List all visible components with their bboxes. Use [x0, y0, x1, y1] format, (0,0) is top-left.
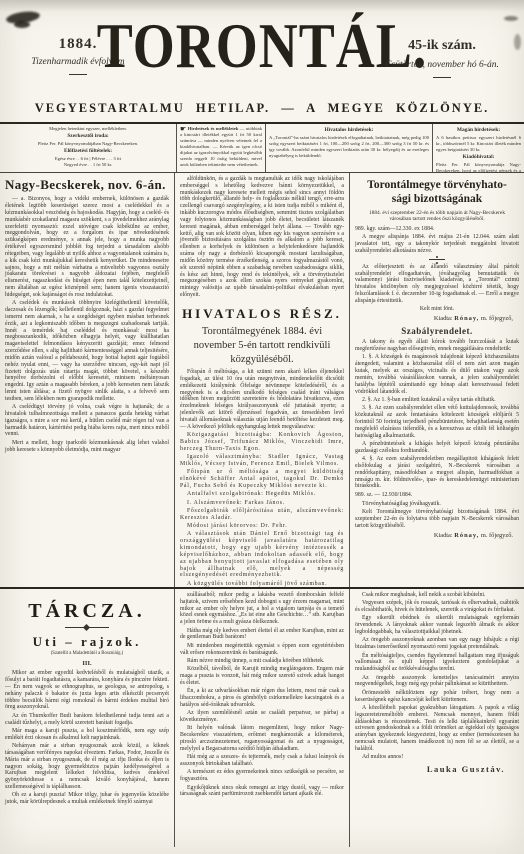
paragraph: A cselédügyi törvény jó volna, csak végr… [5, 404, 169, 438]
paragraph: Az ilyen szemlélésnél aztán se családi p… [180, 710, 344, 724]
office-label: Szerkesztői iroda: [3, 133, 173, 140]
regulation-body: A takony és egyéb állati kórok tovább hu… [355, 339, 519, 490]
paragraph: Módosi járási körorvos: Dr. Fehr. [180, 523, 344, 530]
main-section: Nagy-Becskerek, nov. 6-án. — a. Bizonyos… [0, 173, 524, 587]
paragraph: A közgyülés további folyamáról jövő szám… [180, 581, 344, 587]
signature-prefix: Kiadta: [434, 532, 454, 539]
issue-number: 45-ik szám. [366, 38, 518, 54]
case-reference-2: 989. sz. — 12.930/1884. [355, 492, 519, 499]
publisher-text: Pleitz Fer. Pál könyvnyomdája Nagy-Becsk… [436, 162, 521, 172]
signature-suffix: m. főjegyző. [479, 532, 513, 539]
header-right-block: 45-ik szám. Csütörtök, november hó 6-án. [366, 38, 518, 78]
official-ads-label: Hivatalos hirdetések: [269, 127, 429, 134]
official-ads-text: A „Torontál"-ba szánt hivatalos hirdetés… [269, 135, 429, 158]
kelt-line-2: Kelt Torontálmegye törvényhatósági bizot… [355, 509, 519, 529]
author-signature: Lauka Gusztáv. [355, 764, 505, 774]
feuilleton-article-title: Uti – rajzok. [5, 634, 169, 649]
committee-column: Torontálmegye törvényhato- sági bizottsá… [349, 173, 524, 587]
paragraph: A cselédek és munkások többnyire kielégi… [5, 300, 169, 402]
paragraph: Én méltóságteljes, csendes figyelemmel h… [355, 653, 519, 673]
feuilleton-column-2: szállásaiból; mikor pedig a lakásba veze… [174, 589, 349, 847]
regulation-heading: Szabályrendelet. [355, 326, 519, 337]
committee-heading: Torontálmegye törvényhato- sági bizottsá… [355, 178, 519, 207]
masthead-ads-cell: ☛ Hirdetések és mellékletek — utóbbiak a… [176, 124, 265, 172]
paragraph: Mert a mellett, hogy iparkodó kézmunkásn… [5, 440, 169, 454]
signature-prefix: Kiadta: [434, 315, 454, 322]
paragraph: A megye alispánja 1884. évi május 21-én … [355, 234, 519, 254]
signature-suffix: m. főjegyző, [479, 315, 513, 322]
paragraph: Közelből, távolból, de Karujit mindig me… [180, 666, 344, 686]
feuilleton-article-caption: (Szatellit a Maladettától a Boszniáig.) [5, 651, 169, 657]
paragraph: Hát még az a szeszes- és tejtermék, mely… [180, 754, 344, 768]
lead-article-body: — a. Bizonyos, hogy a vidéki embernek, k… [5, 196, 169, 453]
paragraph: Az öregebb asszonyok kenetteljes tanácsa… [355, 675, 519, 689]
signature-name: Rónay, [454, 315, 479, 322]
paragraph: Oh ez a karuji puszta! Mikor tölgy, juha… [5, 792, 169, 806]
paragraph: Egy sikerült ebédnek és sikerült mulatsá… [355, 615, 519, 635]
lead-article-continuation: alföldünkön, és a gazdák is megtanulták … [180, 176, 344, 299]
masthead-official-ads-cell: Hivatalos hirdetések: A „Torontál"-ba sz… [265, 124, 432, 172]
subscription-line2: Negyed évre . . 1 frt 50 kr. [3, 162, 173, 168]
office-text: Pleitz Fer. Pál könyvnyomdájában Nagy-Be… [3, 141, 173, 147]
paragraph: alföldünkön, és a gazdák is megtanulták … [180, 176, 344, 299]
feuilleton-title: TÁRCZA. [5, 600, 169, 624]
newspaper-subtitle: VEGYESTARTALMU HETILAP. — A MEGYE KÖZLÖN… [0, 101, 524, 116]
kelt-line: Kelt mint fönt. [355, 306, 519, 313]
feuilleton-body-1: Mikor az ember egyedül kedvtelésből és m… [5, 670, 169, 806]
lead-article-column: Nagy-Becskerek, nov. 6-án. — a. Bizonyos… [0, 173, 174, 587]
ornament-divider [65, 627, 109, 628]
paragraph: A közellétbeli papokat gyakrabban látoga… [355, 705, 519, 753]
feuilleton-column-3: Csak mikor meghalnak, kell nekik a szobá… [349, 589, 524, 847]
paragraph: Én, a ki az udvarlásokban már régen dus … [180, 688, 344, 708]
paragraph: Mi mindenben megértettük egymást s éppen… [180, 643, 344, 657]
paragraph: Hátha még oly kedves emberi élettel él a… [180, 628, 344, 642]
paragraph: Főispán ő méltósága, a kit szünni nem ak… [180, 369, 344, 430]
paragraph: Itt helyén valónak látom megemliteni, ho… [180, 725, 344, 752]
assembly-article-body: Főispán ő méltósága, a kit szünni nem ak… [180, 369, 344, 430]
paragraph: A választások után Dániel Ernő bizottság… [180, 531, 344, 579]
paragraph: A pénzbüntetések a kihágás helyét képező… [355, 441, 519, 455]
paragraph: Az előterjesztett és az állandó választm… [355, 264, 519, 305]
paragraph: I. Alszámvevőnek: Farkas János. [180, 500, 344, 507]
appears-note: Megjelen hetenkint egyszer, mellékletben… [3, 126, 173, 132]
feuilleton-section: TÁRCZA. Uti – rajzok. (Szatellit a Malad… [0, 589, 524, 847]
paragraph: Mikor az ember egyedül kedvtelésből és m… [5, 670, 169, 711]
publisher-label: Kiadóhivatal: [436, 154, 521, 161]
paragraph: 2. §. Az 1. §-ban emlitett kutaknál a vá… [355, 397, 519, 404]
feuilleton-body-3: Csak mikor meghalnak, kell nekik a szobá… [355, 592, 519, 761]
paragraph: Egyikőjüknek sincs okuk remegni az irigy… [180, 785, 344, 799]
section-divider-ornament [429, 259, 445, 260]
committee-heading-line2: sági bizottságának [392, 193, 482, 205]
feuilleton-body-2: szállásaiból; mikor pedig a lakásba veze… [180, 592, 344, 798]
paragraph: Az öregebb asszonyoknak azonban van egy … [355, 637, 519, 651]
subscription-label: Előfizetési föltételek: [3, 148, 173, 155]
paragraph: Csak mikor meghalnak, kell nekik a szobá… [355, 592, 519, 599]
paragraph: Rám nézve mindig ünnep, a mit családja k… [180, 658, 344, 665]
paragraph: — a. Bizonyos, hogy a vidéki embernek, k… [5, 196, 169, 298]
assembly-article-title: Torontálmegyének 1884. évi november 5-én… [180, 325, 344, 366]
paragraph: Közigazgatási bizottságba: Konkovich Ágo… [180, 432, 344, 452]
masthead-header: 1884. Tizenharmadik évfolyam TORONTÁL. 4… [0, 0, 524, 122]
private-ads-text: A 6 hasábos petitsor egyszeri hirdetésné… [436, 135, 521, 152]
paragraph: A természet ez édes gyermekeinek nincs s… [180, 769, 344, 783]
feuilleton-part-number: III. [5, 660, 169, 668]
committee-heading-line1: Torontálmegye törvényhato- [367, 179, 507, 191]
case-reference: 989. kgy. szám—12.330. ex 1884. [355, 226, 519, 233]
masthead-private-ads-cell: Magán hirdetések: A 6 hasábos petitsor e… [432, 124, 524, 172]
paragraph: Ad multos annos! [355, 754, 519, 761]
article-dateline: Nagy-Becskerek, nov. 6-án. [5, 177, 169, 192]
paragraph: Az én Thurnkoffer Budi barátom feledhetl… [5, 713, 169, 727]
paragraph: Örömestebb nélkülöztem egy pohár trébert… [355, 690, 519, 704]
committee-caption: 1884. évi szeptember 22-én és több napja… [363, 210, 511, 223]
appointments-list: Közigazgatási bizottságba: Konkovich Ágo… [180, 432, 344, 587]
paragraph: 1. §. A községek és magánosok tulajdonát… [355, 354, 519, 395]
paragraph: A takony és egyéb állati kórok tovább hu… [355, 339, 519, 353]
paragraph: Antalfalvi szolgabirónak: Hegedüs Miklós… [180, 491, 344, 498]
paragraph: 3. §. Az ezen szabályrendelet ellen vétő… [355, 405, 519, 439]
ads-text: — utóbbiak a kincstári illetékkel együtt… [180, 126, 262, 167]
middle-column: alföldünkön, és a gazdák is megtanulták … [174, 173, 349, 587]
ads-lead: Hirdetések és mellékletek [188, 126, 239, 131]
paragraph: Nehányan már a sirban nyugosznak azok kö… [5, 743, 169, 791]
paragraph: Igazoló választmányba: Stadler Ignácz, V… [180, 454, 344, 468]
feuilleton-column-1: TÁRCZA. Uti – rajzok. (Szatellit a Malad… [0, 589, 174, 847]
private-ads-label: Magán hirdetések: [436, 127, 521, 134]
paragraph: szállásaiból; mikor pedig a lakásba veze… [180, 592, 344, 626]
official-section-heading: HIVATALOS RÉSZ. [180, 306, 344, 321]
paragraph: 4. §. Az ezen szabályrendeletben megálla… [355, 456, 519, 490]
signature-name: Rónay, [454, 532, 479, 539]
paragraph: Már maga a karuji puszta, a hol kosztmér… [5, 728, 169, 742]
issue-date: Csütörtök, november hó 6-án. [366, 60, 518, 70]
paragraph: Főispán ur ő méltósága a megyei küldötts… [180, 469, 344, 489]
approval-line: Törvényhatóságilag jóváhagyatik. [355, 501, 519, 508]
masthead-office-cell: Megjelen hetenkint egyszer, mellékletben… [0, 124, 176, 172]
clerk-signature-2: Kiadta: Rónay, m. főjegyző. [355, 532, 513, 540]
paragraph: Vegyesen szépek, jók és rosszak, tartósa… [355, 600, 519, 614]
newspaper-page: 1884. Tizenharmadik évfolyam TORONTÁL. 4… [0, 0, 524, 854]
clerk-signature: Kiadta: Rónay, m. főjegyző, [355, 315, 513, 323]
dash-ornament [433, 77, 451, 78]
paragraph: Főszolgabirák előljárósitása után, alszá… [180, 508, 344, 522]
masthead-info-row: Megjelen hetenkint egyszer, mellékletben… [0, 124, 524, 172]
